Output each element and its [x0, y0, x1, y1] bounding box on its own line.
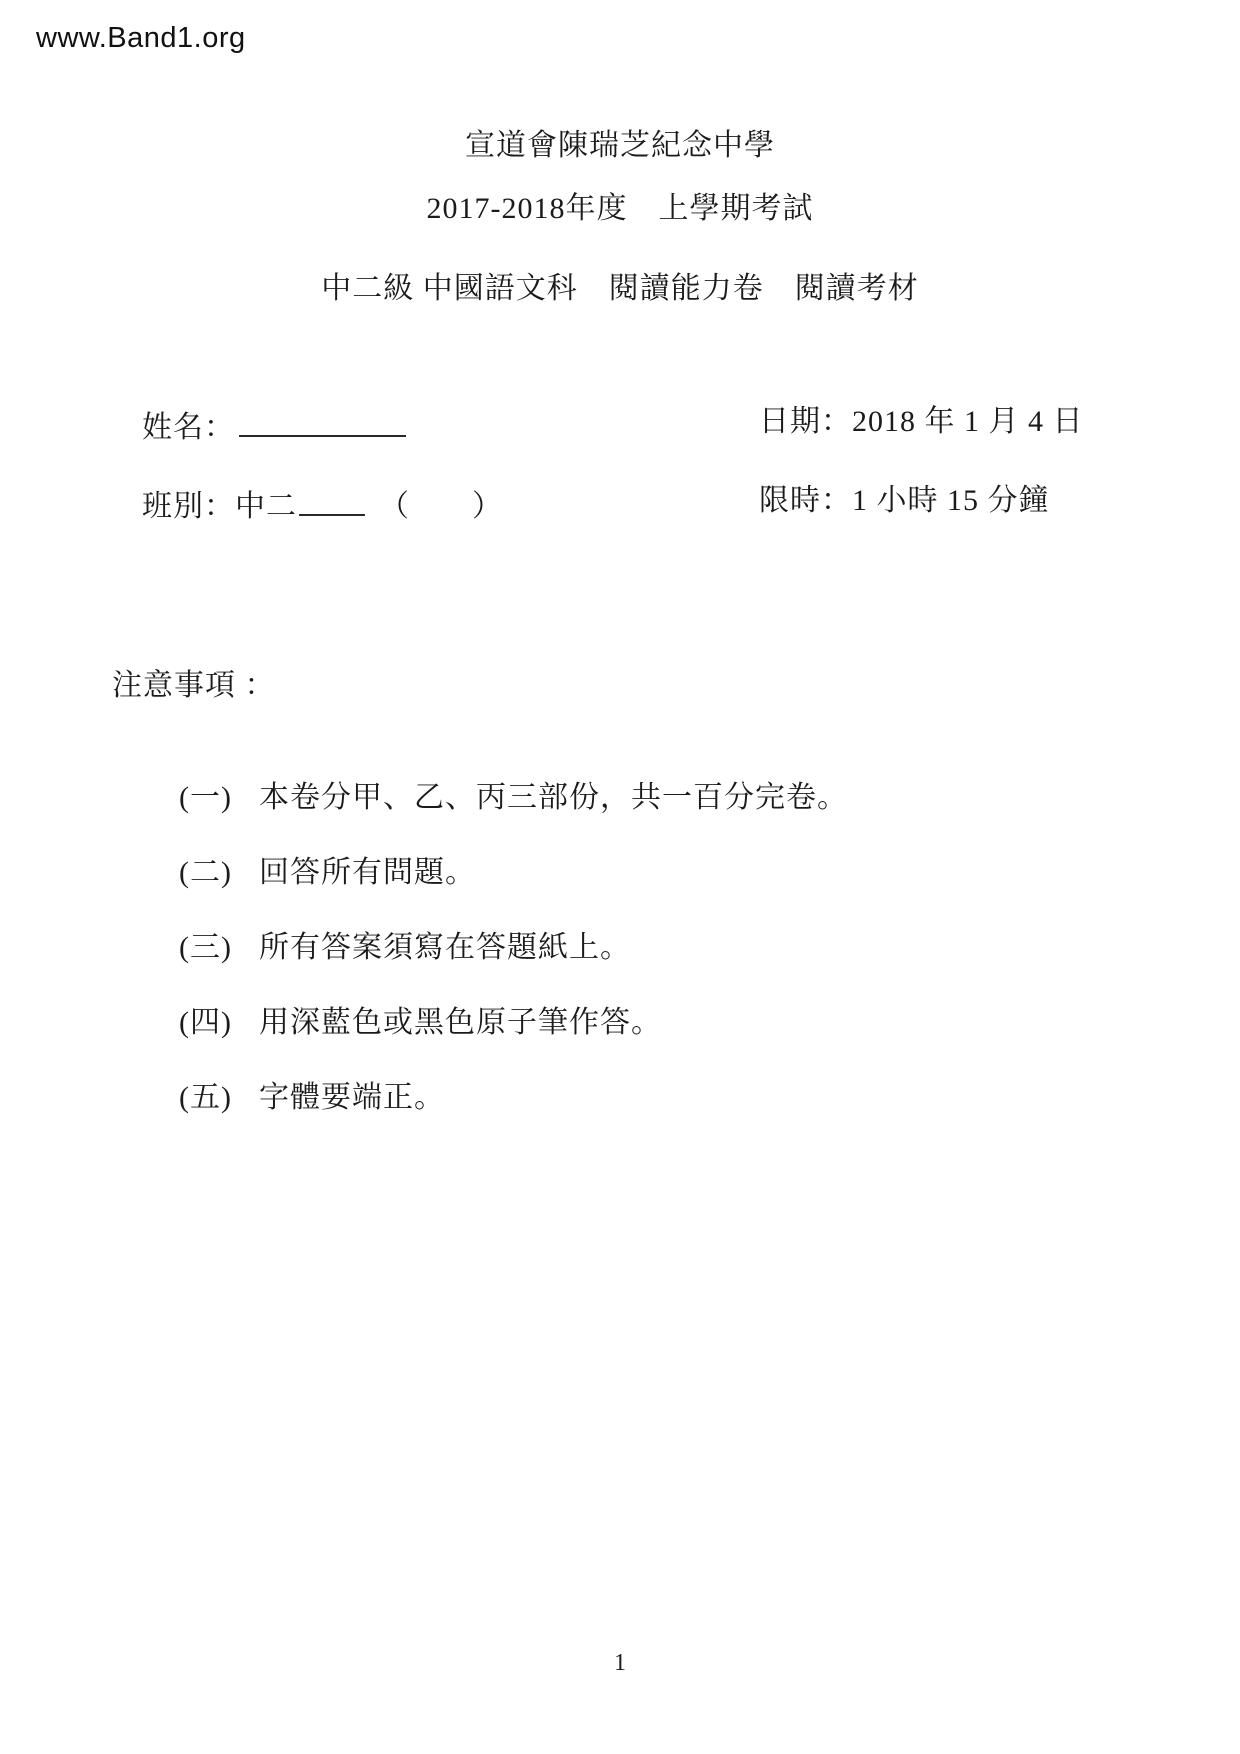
- note-text: 所有答案須寫在答題紙上。: [259, 931, 631, 964]
- class-field: 班別：中二（ ）: [108, 449, 503, 559]
- exam-cover-page: www.Band1.org 宣道會陳瑞芝紀念中學 2017-2018年度 上學期…: [0, 0, 1240, 1754]
- note-number: (五): [179, 1081, 259, 1116]
- exam-term-title: 2017-2018年度 上學期考試: [0, 192, 1240, 227]
- time-limit-value: 1 小時 15 分鐘: [852, 484, 1050, 517]
- note-text: 字體要端正。: [259, 1081, 445, 1114]
- date-value: 2018 年 1 月 4 日: [852, 405, 1084, 438]
- class-parentheses: （ ）: [379, 490, 503, 523]
- note-number: (四): [179, 1006, 259, 1041]
- note-text: 本卷分甲、乙、丙三部份，共一百分完卷。: [259, 781, 848, 814]
- site-watermark: www.Band1.org: [36, 22, 246, 55]
- note-text: 用深藍色或黑色原子筆作答。: [259, 1006, 662, 1039]
- page-number: 1: [0, 1650, 1240, 1677]
- time-limit-label: 限時：: [759, 484, 852, 517]
- note-item: (五)字體要端正。: [145, 1046, 445, 1150]
- name-blank-line: [239, 405, 406, 437]
- class-blank-line: [299, 484, 365, 516]
- note-number: (一): [179, 781, 259, 816]
- note-number: (三): [179, 931, 259, 966]
- note-text: 回答所有問題。: [259, 856, 476, 889]
- class-label: 班別：中二: [142, 490, 297, 523]
- name-label: 姓名：: [142, 411, 235, 444]
- exam-subject-title: 中二級 中國語文科 閱讀能力卷 閱讀考材: [0, 272, 1240, 307]
- school-name-title: 宣道會陳瑞芝紀念中學: [0, 129, 1240, 164]
- note-number: (二): [179, 856, 259, 891]
- time-limit-field: 限時：1 小時 15 分鐘: [725, 449, 1050, 553]
- notes-heading: 注意事項 ：: [112, 669, 276, 704]
- date-label: 日期：: [759, 405, 852, 438]
